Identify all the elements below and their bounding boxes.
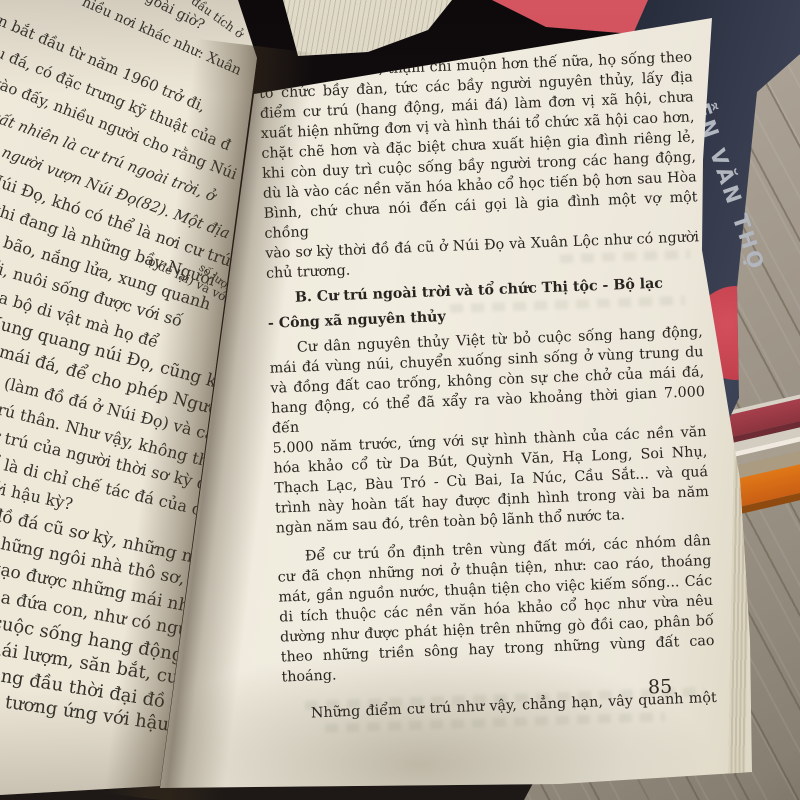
right-page-text: cổ học Hòa Bình, thậm chí muộn hơn thế n… (258, 47, 717, 724)
paragraph: Cư dân nguyên thủy Việt từ bỏ cuộc sống … (269, 322, 710, 539)
paragraph: Để cư trú ổn định trên vùng đất mới, các… (277, 531, 716, 688)
page-number: 85 (648, 676, 673, 699)
paragraph: cổ học Hòa Bình, thậm chí muộn hơn thế n… (258, 47, 700, 283)
book-photo: ỄN VĂN THỌ hiều nơi khác như: Xuângoài g… (0, 0, 800, 800)
